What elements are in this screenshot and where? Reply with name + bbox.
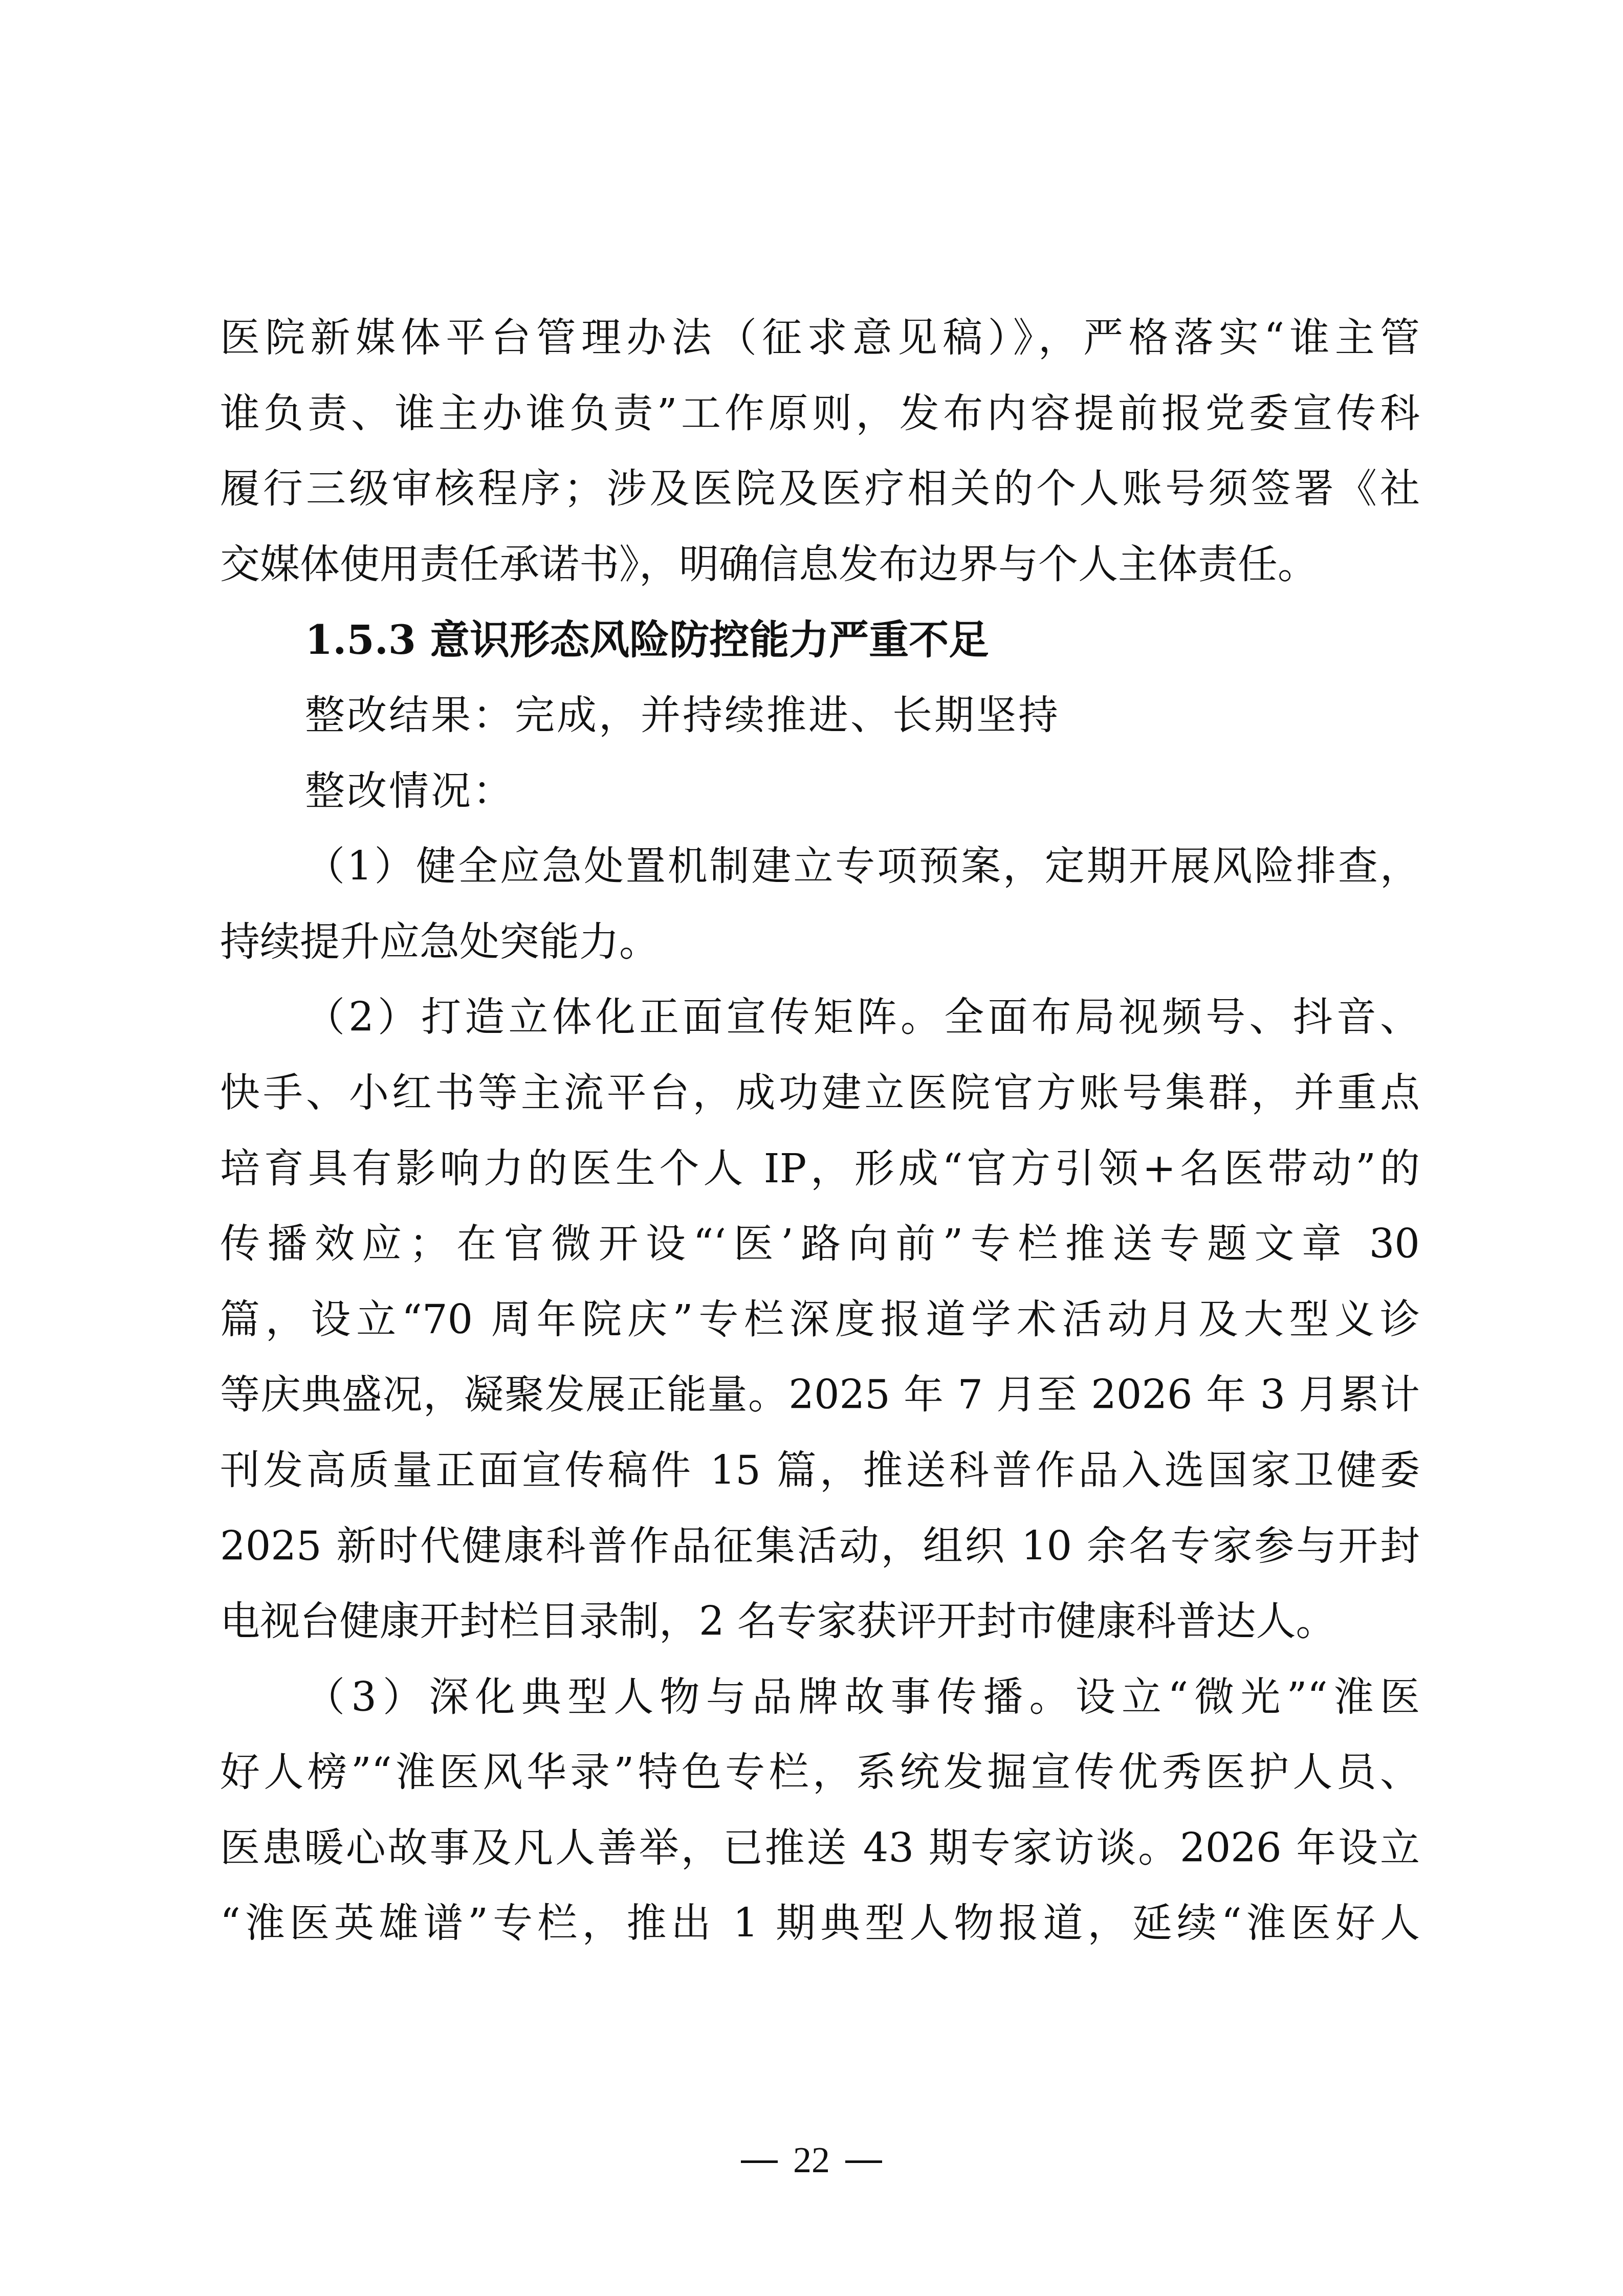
item-2-line: 培育具有影响力的医生个人 IP，形成“官方引领+名医带动”的: [220, 1132, 1420, 1207]
page-number: 22: [793, 2139, 830, 2180]
item-3-line: “淮医英雄谱”专栏，推出 1 期典型人物报道，延续“淮医好人: [220, 1886, 1420, 1962]
paragraph-line: 谁负责、谁主办谁负责”工作原则，发布内容提前报党委宣传科: [220, 377, 1420, 452]
item-2-line: 刊发高质量正面宣传稿件 15 篇，推送科普作品入选国家卫健委: [220, 1433, 1420, 1509]
rectification-status-label: 整改情况：: [220, 754, 1420, 830]
document-page: 医院新媒体平台管理办法（征求意见稿）》，严格落实“谁主管 谁负责、谁主办谁负责”…: [0, 0, 1623, 2296]
item-2-line: 2025 新时代健康科普作品征集活动，组织 10 余名专家参与开封: [220, 1509, 1420, 1585]
paragraph-line: 履行三级审核程序；涉及医院及医疗相关的个人账号须签署《社: [220, 452, 1420, 527]
item-3-line: 医患暖心故事及凡人善举，已推送 43 期专家访谈。2026 年设立: [220, 1811, 1420, 1887]
paragraph-line: 交媒体使用责任承诺书》，明确信息发布边界与个人主体责任。: [220, 527, 1420, 603]
item-3-line: 好人榜”“淮医风华录”特色专栏，系统发掘宣传优秀医护人员、: [220, 1735, 1420, 1811]
item-3-line: （3）深化典型人物与品牌故事传播。设立“微光”“淮医: [220, 1660, 1420, 1736]
page-footer: 22: [0, 2134, 1623, 2185]
item-2-line: 快手、小红书等主流平台，成功建立医院官方账号集群，并重点: [220, 1056, 1420, 1132]
footer-dash-right: [845, 2160, 882, 2163]
paragraph-line: 医院新媒体平台管理办法（征求意见稿）》，严格落实“谁主管: [220, 301, 1420, 377]
rectification-result: 整改结果：完成，并持续推进、长期坚持: [220, 678, 1420, 754]
item-2-line: 篇，设立“70 周年院庆”专栏深度报道学术活动月及大型义诊: [220, 1283, 1420, 1358]
item-1-line: 持续提升应急处突能力。: [220, 905, 1420, 981]
section-heading: 1.5.3 意识形态风险防控能力严重不足: [220, 603, 1420, 678]
item-2-line: （2）打造立体化正面宣传矩阵。全面布局视频号、抖音、: [220, 980, 1420, 1056]
footer-dash-left: [741, 2160, 778, 2163]
item-2-line: 等庆典盛况，凝聚发展正能量。2025 年 7 月至 2026 年 3 月累计: [220, 1358, 1420, 1433]
item-2-line: 传播效应；在官微开设“‘医’路向前”专栏推送专题文章 30: [220, 1207, 1420, 1283]
item-2-line: 电视台健康开封栏目录制，2 名专家获评开封市健康科普达人。: [220, 1584, 1420, 1660]
item-1-line: （1）健全应急处置机制建立专项预案，定期开展风险排查，: [220, 829, 1420, 905]
page-body: 医院新媒体平台管理办法（征求意见稿）》，严格落实“谁主管 谁负责、谁主办谁负责”…: [220, 301, 1420, 1962]
